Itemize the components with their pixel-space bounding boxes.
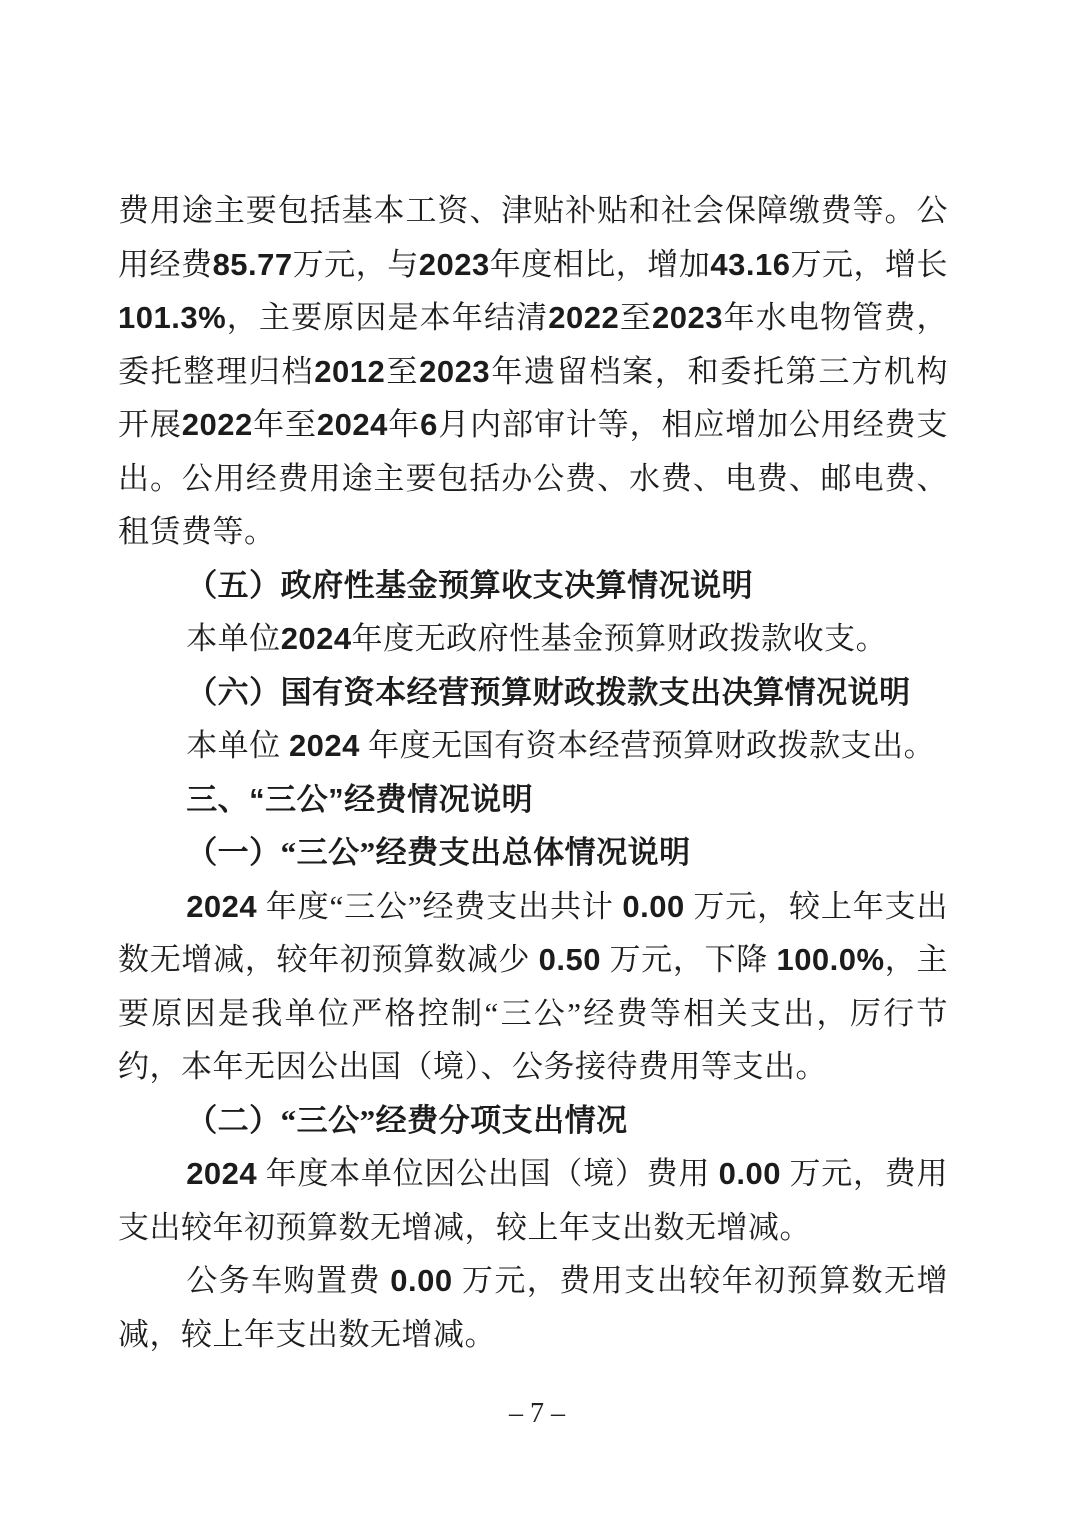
numeric-value: 2023 — [419, 247, 490, 282]
numeric-value: 2024 — [317, 407, 388, 442]
paragraph-state-capital-budget: 本单位 2024 年度无国有资本经营预算财政拨款支出。 — [118, 719, 948, 773]
numeric-value: 2012 — [314, 354, 385, 389]
numeric-value: 0.00 — [622, 889, 684, 924]
heading-three-public-itemized: （二）“三公”经费分项支出情况 — [118, 1094, 948, 1148]
page-number: – 7 – — [509, 1398, 565, 1429]
page-footer: – 7 – — [0, 1394, 1074, 1434]
paragraph-gov-fund-budget: 本单位2024年度无政府性基金预算财政拨款收支。 — [118, 612, 948, 666]
numeric-value: 2023 — [652, 300, 723, 335]
numeric-value: 2022 — [548, 300, 619, 335]
document-page: 费用途主要包括基本工资、津贴补贴和社会保障缴费等。公用经费85.77万元，与20… — [0, 0, 1074, 1520]
heading-section-6-state-capital-budget: （六）国有资本经营预算财政拨款支出决算情况说明 — [118, 666, 948, 720]
numeric-value: 101.3% — [118, 300, 226, 335]
heading-section-5-gov-fund-budget: （五）政府性基金预算收支决算情况说明 — [118, 559, 948, 613]
paragraph-three-public-overall: 2024 年度“三公”经费支出共计 0.00 万元，较上年支出数无增减，较年初预… — [118, 880, 948, 1094]
numeric-value: 2022 — [182, 407, 253, 442]
numeric-value: 6 — [420, 407, 438, 442]
numeric-value: 0.00 — [719, 1156, 781, 1191]
numeric-value: 43.16 — [710, 247, 790, 282]
heading-three-public-overall: （一）“三公”经费支出总体情况说明 — [118, 826, 948, 880]
numeric-value: 85.77 — [213, 247, 293, 282]
numeric-value: 2024 — [186, 1156, 257, 1191]
heading-three-public-expenses: 三、“三公”经费情况说明 — [118, 773, 948, 827]
numeric-value: 0.00 — [390, 1263, 452, 1298]
numeric-value: 2024 — [186, 889, 257, 924]
document-body: 费用途主要包括基本工资、津贴补贴和社会保障缴费等。公用经费85.77万元，与20… — [118, 184, 948, 1361]
paragraph-official-vehicle-expense: 公务车购置费 0.00 万元，费用支出较年初预算数无增减，较上年支出数无增减。 — [118, 1254, 948, 1361]
numeric-value: 2023 — [419, 354, 490, 389]
paragraph-overseas-travel-expense: 2024 年度本单位因公出国（境）费用 0.00 万元，费用支出较年初预算数无增… — [118, 1147, 948, 1254]
paragraph-public-expense-continuation: 费用途主要包括基本工资、津贴补贴和社会保障缴费等。公用经费85.77万元，与20… — [118, 184, 948, 559]
numeric-value: 2024 — [289, 728, 360, 763]
numeric-value: 2024 — [281, 621, 352, 656]
numeric-value: 0.50 — [539, 942, 601, 977]
numeric-value: 100.0% — [776, 942, 884, 977]
